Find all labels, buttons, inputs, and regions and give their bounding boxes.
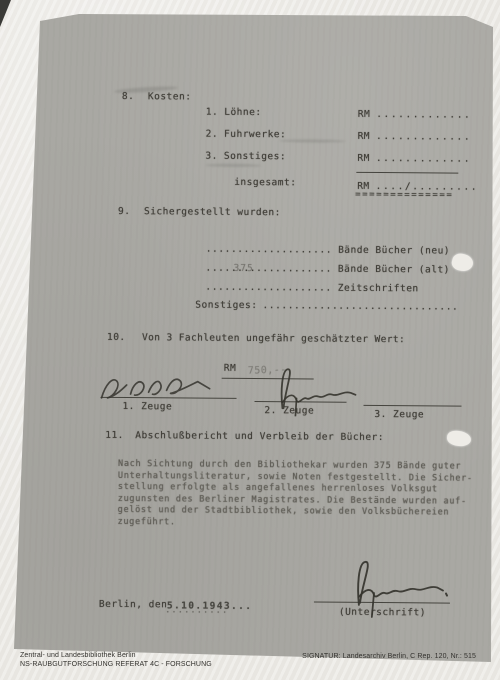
section-11-title: Abschlußbericht und Verbleib der Bücher: <box>135 430 384 443</box>
double-rule: ============== <box>355 190 453 201</box>
item-label: Sonstiges: <box>224 151 286 162</box>
row-label: Bände Bücher (neu) <box>338 245 450 257</box>
amount-dotted-line: ............. <box>376 131 471 143</box>
witness-2-handwritten-signature <box>251 364 363 417</box>
typed-date: 5.10.1943... <box>167 600 253 612</box>
amount-dotted-line: ............. <box>376 109 471 121</box>
research-department: NS-RAUBGUTFORSCHUNG REFERAT 4C - FORSCHU… <box>20 660 212 669</box>
currency-label: RM <box>358 131 371 142</box>
currency-label: RM <box>357 153 370 164</box>
count-dotted-line: .................... <box>206 244 332 256</box>
pencil-smudge <box>205 164 261 167</box>
section-10-number: 10. <box>107 332 126 343</box>
section-9-title: Sichergestellt wurden: <box>144 206 281 218</box>
item-number: 3. <box>205 151 218 162</box>
witness-3-signature-line <box>363 405 461 407</box>
section-10-title: Von 3 Fachleuten ungefähr geschätzter We… <box>142 332 405 345</box>
row-label: Bände Bücher (alt) <box>338 264 450 276</box>
dotted-line: ............................... <box>262 300 458 313</box>
count-dotted-line: .................... <box>205 282 331 294</box>
kosten-item-sonstiges: 3.Sonstiges: <box>205 151 286 163</box>
place-date-label: Berlin, den <box>99 599 168 611</box>
amount-dotted-line: ............. <box>376 153 471 165</box>
sichergestellt-row-alt: ....................Bände Bücher (alt) 3… <box>206 263 450 276</box>
sichergestellt-sonstiges: Sonstiges:..............................… <box>195 300 458 313</box>
currency-label: RM <box>358 109 371 120</box>
currency-label: RM <box>224 363 237 374</box>
sichergestellt-row-zeitschriften: ....................Zeitschriften <box>205 282 418 295</box>
library-name: Zentral- und Landesbibliothek Berlin <box>20 651 212 660</box>
scanned-document-viewer: 8. Kosten: 1.Löhne: RM............. 2.Fu… <box>0 0 500 680</box>
paper-sheet: 8. Kosten: 1.Löhne: RM............. 2.Fu… <box>0 0 500 680</box>
sum-rule <box>356 172 458 174</box>
witness-3-label: 3. Zeuge <box>374 409 424 420</box>
closing-report-paragraph: Nach Sichtung durch den Bibliothekar wur… <box>118 459 477 531</box>
document-content: 8. Kosten: 1.Löhne: RM............. 2.Fu… <box>0 0 500 680</box>
item-label: Fuhrwerke: <box>224 129 286 140</box>
sichergestellt-row-neu: ....................Bände Bücher (neu) <box>206 244 450 257</box>
section-9-number: 9. <box>118 206 131 217</box>
witness-1-handwritten-signature <box>95 373 227 406</box>
scan-corner-artifact <box>0 0 11 27</box>
official-handwritten-signature <box>316 557 456 622</box>
count-dotted-line: .................... <box>206 263 332 275</box>
kosten-amount-fuhrwerke: RM............. <box>358 131 472 143</box>
total-label: insgesamt: <box>234 177 296 188</box>
pencil-smudge <box>280 139 346 143</box>
kosten-item-fuhrwerke: 2.Fuhrwerke: <box>206 129 287 141</box>
row-label: Sonstiges: <box>195 300 257 311</box>
archive-footer-signature: SIGNATUR: Landesarchiv Berlin, C Rep. 12… <box>302 653 476 660</box>
item-number: 1. <box>206 107 219 118</box>
archive-footer-left: Zentral- und Landesbibliothek Berlin NS-… <box>20 651 212 669</box>
kosten-amount-sonstiges: RM............. <box>357 153 471 165</box>
typed-count-value: 375 <box>234 263 254 274</box>
kosten-item-loehne: 1.Löhne: <box>206 107 262 118</box>
item-label: Löhne: <box>224 107 261 118</box>
section-8-title: Kosten: <box>148 91 192 102</box>
kosten-amount-loehne: RM............. <box>358 109 472 121</box>
row-label: Zeitschriften <box>338 283 419 295</box>
item-number: 2. <box>206 129 219 140</box>
section-11-number: 11. <box>105 430 124 441</box>
